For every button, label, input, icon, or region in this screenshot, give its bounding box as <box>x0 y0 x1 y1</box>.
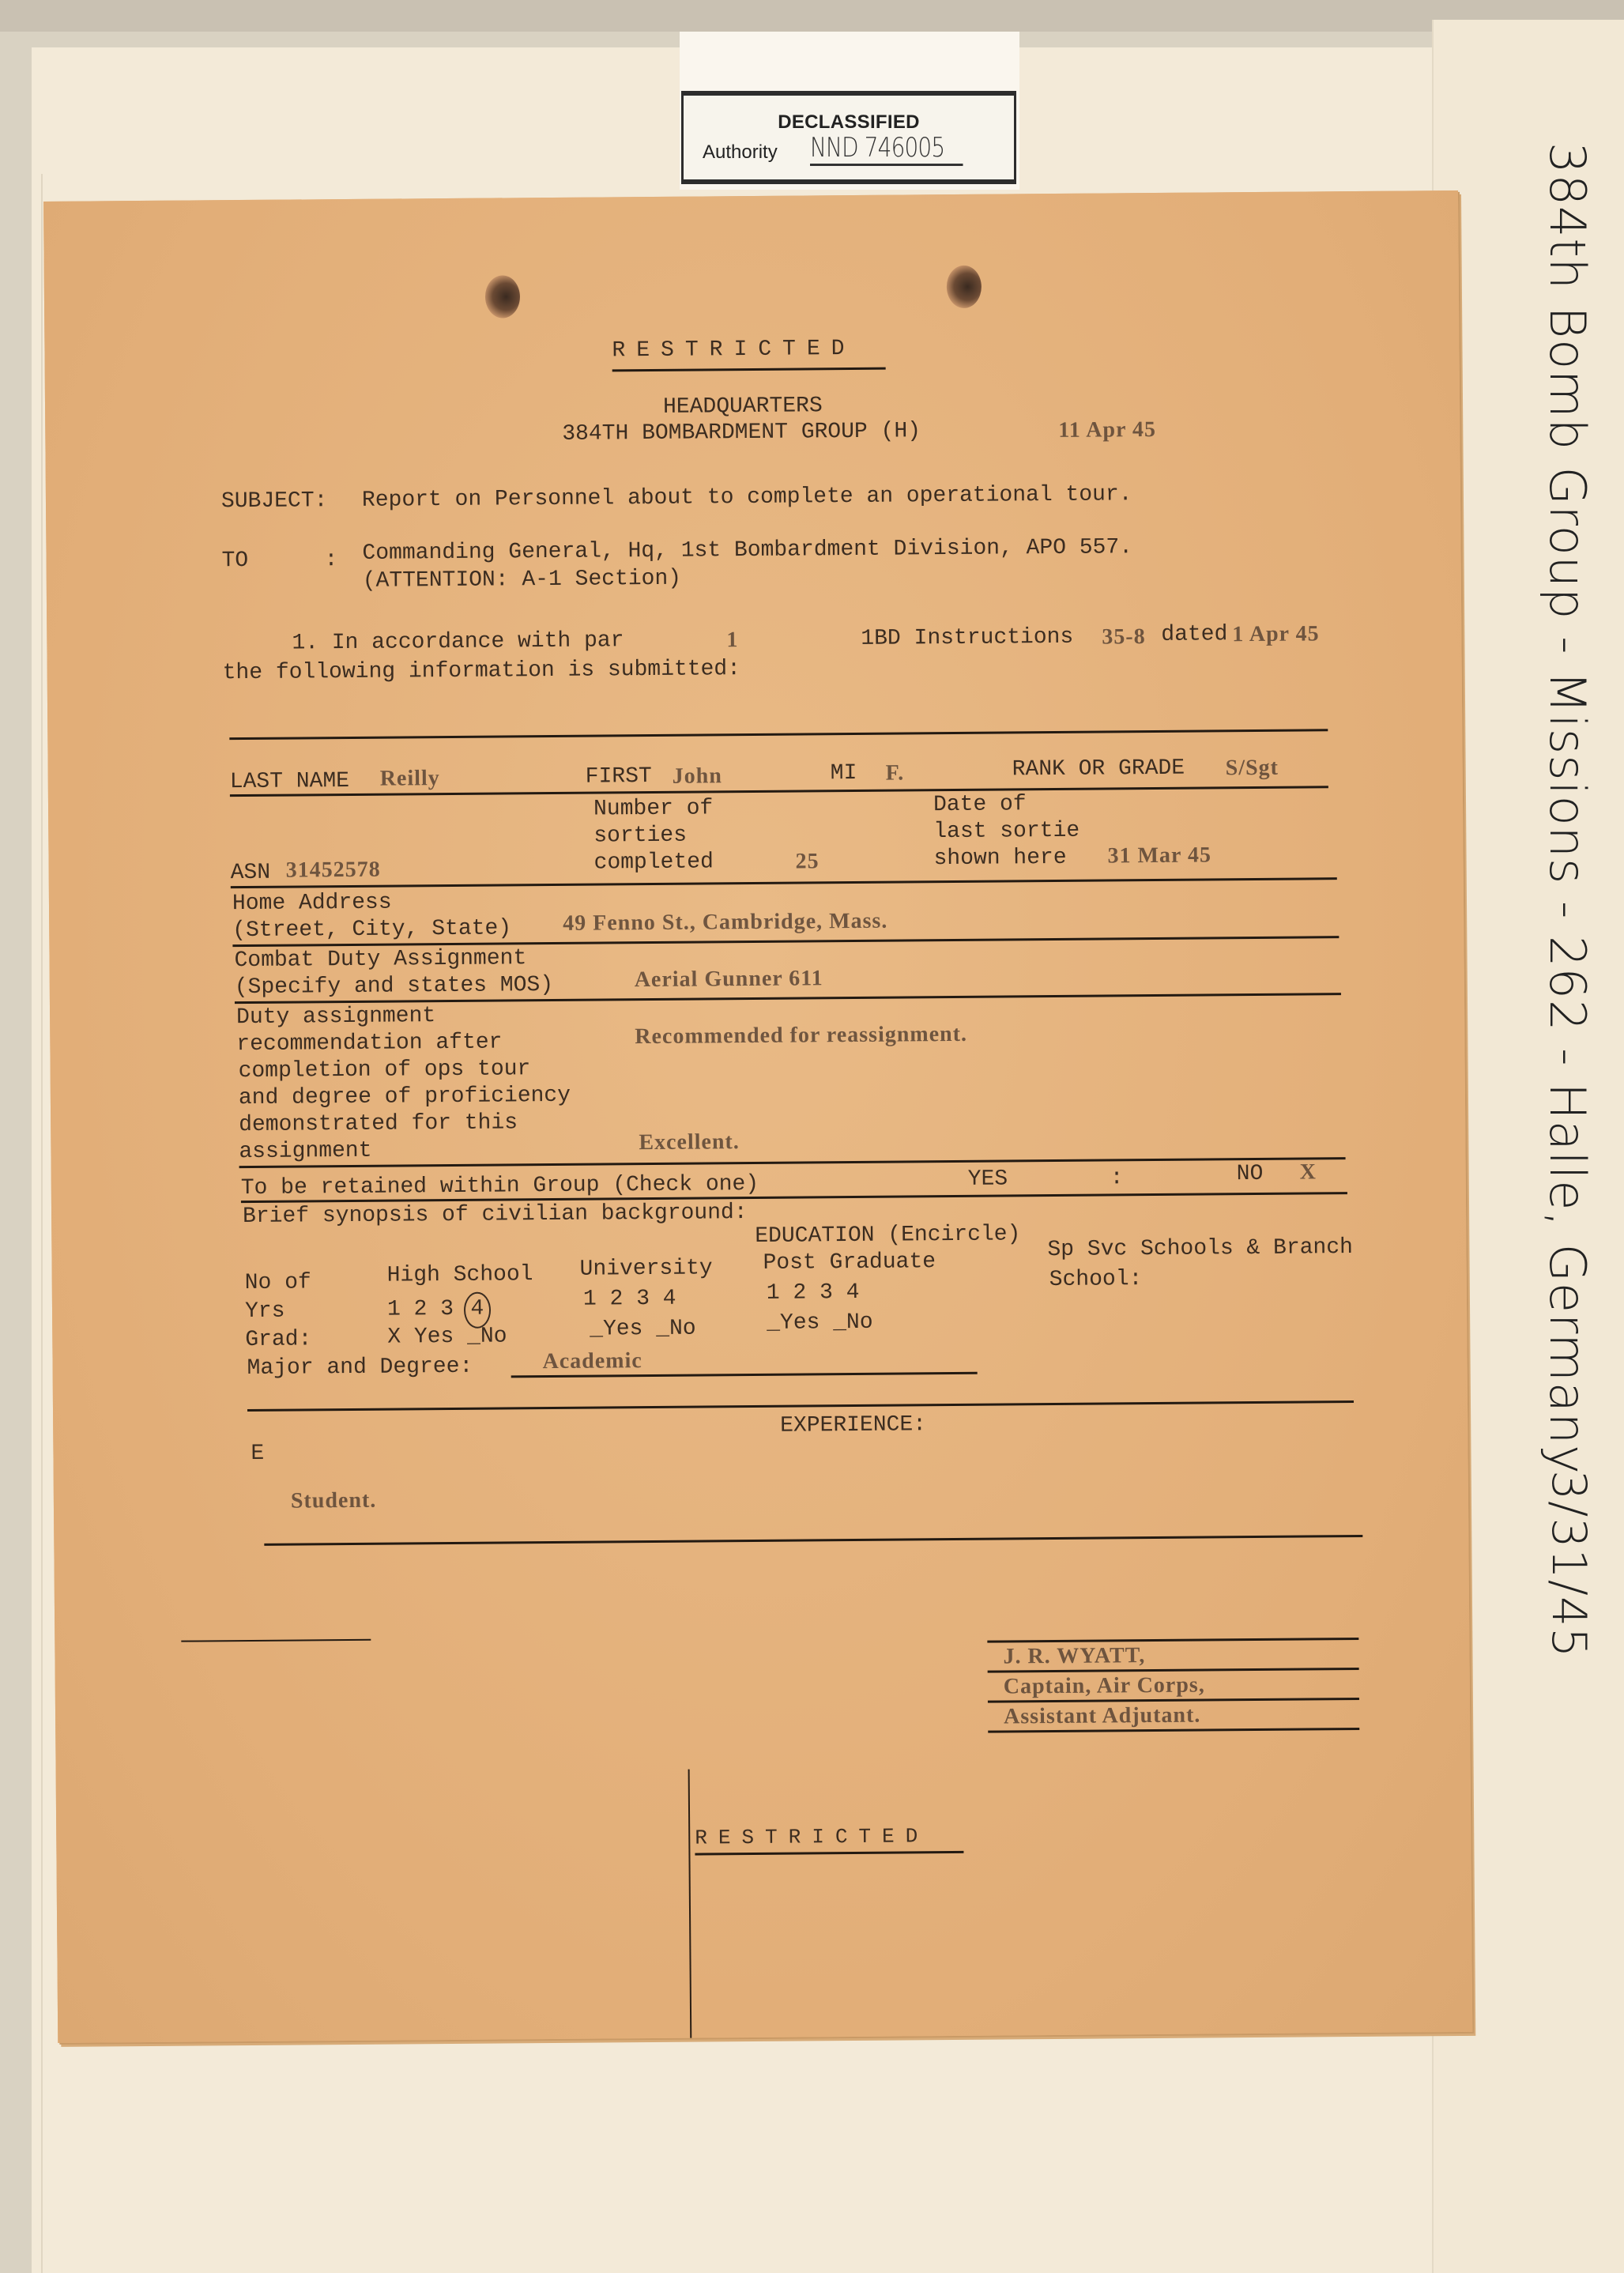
stamp-authority-label: Authority <box>703 141 778 164</box>
asn-row-rule <box>231 877 1337 888</box>
experience-bottom-rule <box>264 1535 1362 1546</box>
retained-colon: : <box>1110 1165 1124 1192</box>
signature-rank: Captain, Air Corps, <box>1004 1672 1205 1701</box>
para1-instructions-value: 35-8 <box>1102 624 1146 650</box>
punch-hole-left <box>485 275 520 318</box>
combat-duty-value: Aerial Gunner 611 <box>635 965 823 993</box>
classification-top: RESTRICTED <box>612 336 855 364</box>
stamp-title: DECLASSIFIED <box>684 111 1014 134</box>
mi-label: MI <box>831 760 857 787</box>
last-sortie-label-2: last sortie <box>933 818 1080 846</box>
sorties-value: 25 <box>795 848 819 875</box>
combat-duty-label-1: Combat Duty Assignment <box>234 945 526 974</box>
header-hq: HEADQUARTERS <box>663 393 823 421</box>
retained-yes-label: YES <box>968 1166 1008 1193</box>
high-school-years-options: 1 2 3 <box>387 1297 454 1322</box>
paper-crease <box>688 1770 692 2038</box>
punch-hole-right <box>947 266 982 308</box>
post-grad-label: Post Graduate <box>763 1249 936 1277</box>
high-school-label: High School <box>387 1261 533 1289</box>
recommendation-label-2: recommendation after <box>236 1029 502 1058</box>
margin-note-date: 3/31/45 <box>1541 1470 1596 1658</box>
signature-name: J. R. WYATT, <box>1003 1642 1145 1670</box>
sorties-label-1: Number of <box>593 795 713 823</box>
fold-mark <box>181 1639 371 1642</box>
para1-instructions-label: 1BD Instructions <box>861 624 1073 653</box>
sp-svc-label-1: Sp Svc Schools & Branch <box>1047 1235 1353 1264</box>
post-grad-grad: _Yes _No <box>767 1310 873 1337</box>
para1-par-value: 1 <box>726 627 738 654</box>
recommendation-label-1: Duty assignment <box>236 1003 435 1031</box>
home-address-label-2: (Street, City, State) <box>232 915 511 944</box>
retained-top-rule <box>239 1157 1346 1168</box>
last-sortie-value: 31 Mar 45 <box>1107 842 1211 869</box>
para1-line2: the following information is submitted: <box>223 656 741 687</box>
university-label: University <box>580 1255 713 1283</box>
asn-label: ASN <box>231 860 271 887</box>
header-group: 384TH BOMBARDMENT GROUP (H) <box>562 418 921 448</box>
university-grad: _Yes _No <box>590 1316 696 1344</box>
last-name-label: LAST NAME <box>230 768 349 796</box>
recommendation-label-6: assignment <box>239 1138 371 1166</box>
combat-duty-label-2: (Specify and states MOS) <box>235 972 554 1001</box>
para1-prefix: 1. In accordance with par <box>292 628 624 657</box>
classification-bottom: RESTRICTED <box>695 1823 929 1851</box>
signature-rule <box>987 1638 1358 1643</box>
experience-e: E <box>251 1441 264 1468</box>
civilian-label: Brief synopsis of civilian background: <box>243 1200 748 1231</box>
yrs-label: Yrs <box>245 1299 285 1325</box>
home-address-label-1: Home Address <box>232 890 392 918</box>
major-label: Major and Degree: <box>247 1354 473 1382</box>
recommendation-label-3: completion of ops tour <box>239 1056 531 1085</box>
sorties-label-2: sorties <box>593 823 687 850</box>
grad-label: Grad: <box>245 1326 311 1354</box>
first-name-value: John <box>673 763 722 790</box>
subject-text: Report on Personnel about to complete an… <box>362 481 1132 515</box>
sorties-label-3: completed <box>593 849 713 876</box>
declassified-stamp: DECLASSIFIED Authority NND 746005 <box>681 91 1016 184</box>
stamp-authority-value: NND 746005 <box>810 132 963 166</box>
background-surface <box>0 0 1624 32</box>
education-label: EDUCATION (Encircle) <box>755 1221 1020 1250</box>
signature-title: Assistant Adjutant. <box>1004 1702 1201 1731</box>
retained-no-checkmark: X <box>1300 1159 1317 1186</box>
para1-dated-label: dated <box>1161 621 1227 649</box>
document-sheet: RESTRICTED HEADQUARTERS 384TH BOMBARDMEN… <box>43 190 1472 2043</box>
proficiency-value: Excellent. <box>639 1129 740 1156</box>
first-name-label: FIRST <box>586 763 652 791</box>
last-name-value: Reilly <box>380 765 440 793</box>
last-sortie-label-3: shown here <box>933 845 1066 873</box>
rank-label: RANK OR GRADE <box>1012 756 1185 784</box>
major-value: Academic <box>542 1348 642 1375</box>
retained-no-label: NO <box>1237 1161 1264 1188</box>
university-years: 1 2 3 4 <box>583 1286 676 1314</box>
asn-value: 31452578 <box>286 857 381 884</box>
margin-note-title: 384th Bomb Group - Missions - 262 - Hall… <box>1539 142 1596 1475</box>
form-top-rule <box>229 729 1328 740</box>
subject-label: SUBJECT: <box>221 488 328 515</box>
to-label: TO <box>221 548 248 575</box>
folder-edge <box>41 174 43 2273</box>
to-colon: : <box>324 547 337 574</box>
recommendation-value: Recommended for reassignment. <box>635 1021 967 1050</box>
last-sortie-label-1: Date of <box>933 791 1027 819</box>
mi-value: F. <box>886 760 905 786</box>
home-address-value: 49 Fenno St., Cambridge, Mass. <box>563 908 887 937</box>
recommendation-label-4: and degree of proficiency <box>239 1083 571 1112</box>
para1-dated-value: 1 Apr 45 <box>1232 620 1319 648</box>
high-school-grad: X Yes _No <box>387 1323 507 1351</box>
rank-value: S/Sgt <box>1226 755 1279 782</box>
to-attention: (ATTENTION: A-1 Section) <box>363 566 682 595</box>
classification-bottom-underline <box>695 1851 963 1856</box>
post-grad-years: 1 2 3 4 <box>767 1280 860 1307</box>
sp-svc-label-2: School: <box>1049 1266 1143 1294</box>
classification-underline <box>612 368 886 372</box>
to-recipient: Commanding General, Hq, 1st Bombardment … <box>362 534 1132 567</box>
experience-top-rule <box>247 1400 1354 1412</box>
experience-label: EXPERIENCE: <box>780 1412 926 1439</box>
no-of-label: No of <box>245 1269 311 1297</box>
experience-value: Student. <box>291 1487 377 1515</box>
document-date: 11 Apr 45 <box>1058 417 1156 444</box>
recommendation-label-5: demonstrated for this <box>239 1110 518 1139</box>
